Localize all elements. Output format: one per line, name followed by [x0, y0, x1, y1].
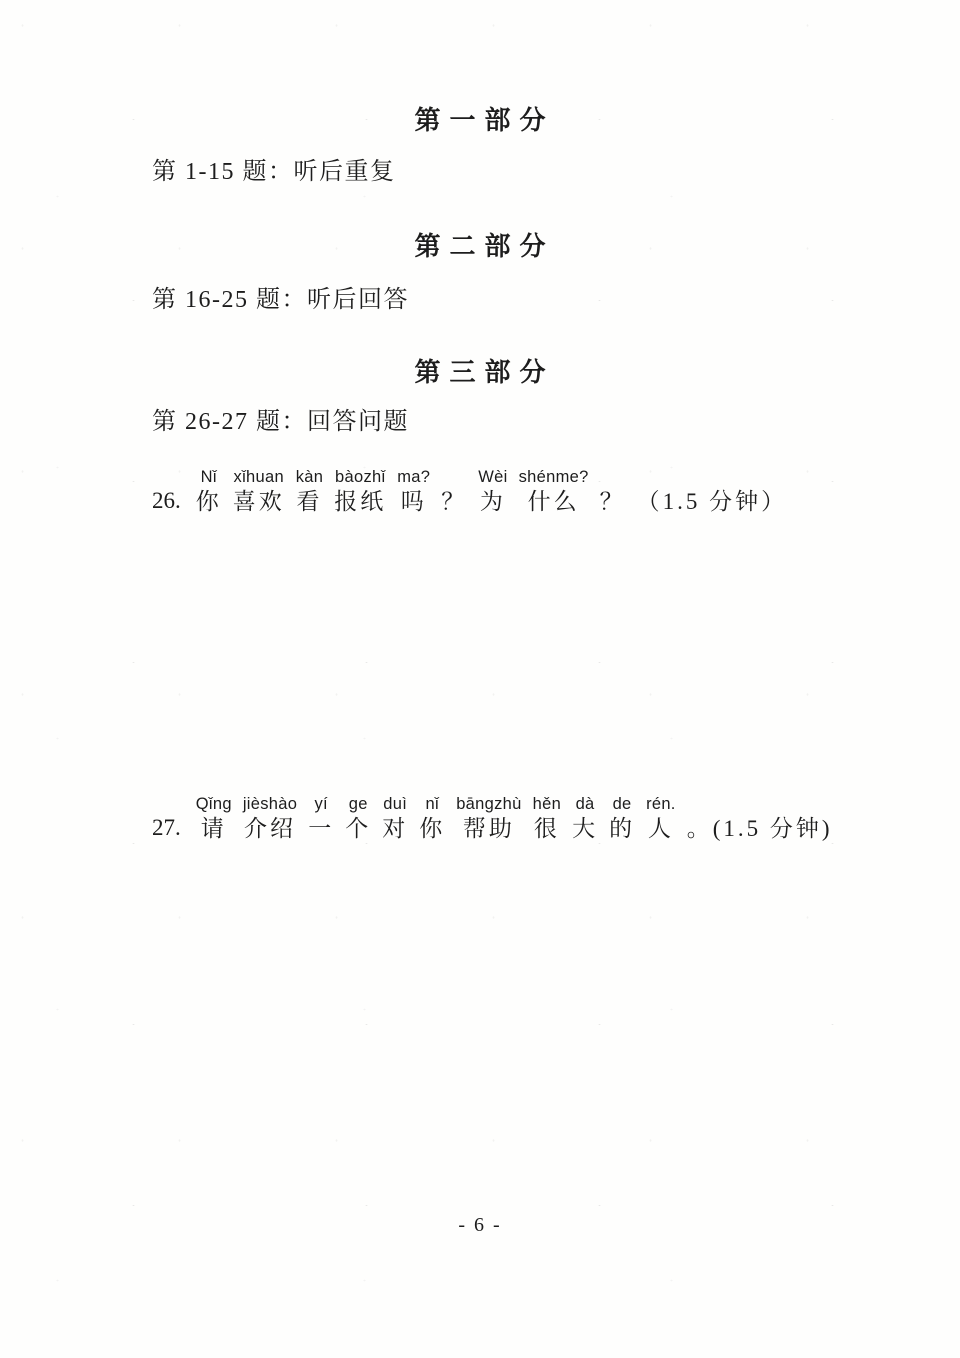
word-token: kàn看	[296, 467, 324, 516]
word-token: duì对	[382, 794, 408, 843]
question-26-number: 26.	[152, 488, 181, 516]
hanzi-text: 人	[648, 815, 674, 843]
word-token: Nǐ你	[196, 467, 222, 516]
hanzi-text: 帮助	[463, 815, 515, 843]
pinyin-text: ge	[349, 794, 368, 815]
hanzi-text: 报纸	[334, 488, 386, 516]
word-token: ge个	[345, 794, 371, 843]
word-token: 。(1.5 分钟)	[687, 794, 833, 843]
word-token: de的	[609, 794, 635, 843]
word-token: ？	[441, 467, 467, 516]
hanzi-text: 喜欢	[233, 488, 285, 516]
word-token: bāngzhù帮助	[456, 794, 521, 843]
word-token: dà大	[572, 794, 598, 843]
hanzi-text: 你	[419, 815, 445, 843]
word-token: ？	[600, 467, 626, 516]
page-number: - 6 -	[0, 1214, 960, 1237]
word-token: hěn很	[533, 794, 561, 843]
part-3-title: 第三部分	[0, 352, 960, 389]
hanzi-text: 对	[382, 815, 408, 843]
word-token: Qǐng请	[196, 794, 232, 843]
part-1-instruction: 第 1-15 题：听后重复	[152, 151, 396, 186]
hanzi-text: ？	[600, 488, 626, 516]
hanzi-text: 吗	[401, 488, 427, 516]
word-token: ma?吗	[397, 467, 430, 516]
pinyin-text: rén.	[646, 794, 676, 815]
word-token: yí一	[308, 794, 334, 843]
hanzi-text: 个	[345, 815, 371, 843]
hanzi-text: 很	[534, 815, 560, 843]
pinyin-text: bāngzhù	[456, 794, 521, 815]
hanzi-text: 为	[480, 488, 506, 516]
hanzi-text: 你	[196, 488, 222, 516]
word-token: bàozhǐ报纸	[334, 467, 386, 516]
question-26-text: Nǐ你xǐhuan喜欢kàn看bàozhǐ报纸ma?吗？Wèi为shénme?什…	[196, 467, 798, 516]
question-26: 26. Nǐ你xǐhuan喜欢kàn看bàozhǐ报纸ma?吗？Wèi为shén…	[152, 467, 798, 516]
word-token: （1.5 分钟）	[637, 467, 788, 516]
word-token: rén.人	[646, 794, 676, 843]
pinyin-text: Qǐng	[196, 794, 232, 815]
pinyin-text: yí	[314, 794, 327, 815]
hanzi-text: （1.5 分钟）	[637, 488, 788, 516]
question-27: 27. Qǐng请jièshào介绍yí一ge个duì对nǐ你bāngzhù帮助…	[152, 794, 844, 843]
pinyin-text: Wèi	[478, 467, 507, 488]
hanzi-text: 介绍	[244, 815, 296, 843]
hanzi-text: 。(1.5 分钟)	[687, 815, 833, 843]
hanzi-text: 什么	[528, 488, 580, 516]
word-token: xǐhuan喜欢	[233, 467, 285, 516]
question-27-text: Qǐng请jièshào介绍yí一ge个duì对nǐ你bāngzhù帮助hěn很…	[196, 794, 844, 843]
hanzi-text: 看	[297, 488, 323, 516]
pinyin-text: dà	[576, 794, 595, 815]
pinyin-text: nǐ	[425, 794, 438, 815]
pinyin-text: de	[613, 794, 632, 815]
word-token: shénme?什么	[519, 467, 589, 516]
pinyin-text: duì	[383, 794, 407, 815]
question-27-number: 27.	[152, 815, 181, 843]
pinyin-text: bàozhǐ	[335, 467, 385, 488]
pinyin-text: xǐhuan	[234, 467, 284, 488]
hanzi-text: ？	[441, 488, 467, 516]
word-token: Wèi为	[478, 467, 507, 516]
part-1-title: 第一部分	[0, 100, 960, 137]
pinyin-text: shénme?	[519, 467, 589, 488]
scanned-exam-page: 第一部分 第 1-15 题：听后重复 第二部分 第 16-25 题：听后回答 第…	[0, 0, 960, 1358]
hanzi-text: 的	[609, 815, 635, 843]
pinyin-text: hěn	[533, 794, 561, 815]
hanzi-text: 请	[201, 815, 227, 843]
part-3-instruction: 第 26-27 题：回答问题	[152, 401, 409, 436]
part-2-title: 第二部分	[0, 226, 960, 263]
word-token: jièshào介绍	[243, 794, 297, 843]
pinyin-text: ma?	[397, 467, 430, 488]
pinyin-text: Nǐ	[201, 467, 217, 488]
pinyin-text: kàn	[296, 467, 324, 488]
word-token: nǐ你	[419, 794, 445, 843]
part-2-instruction: 第 16-25 题：听后回答	[152, 279, 409, 314]
hanzi-text: 大	[572, 815, 598, 843]
hanzi-text: 一	[308, 815, 334, 843]
pinyin-text: jièshào	[243, 794, 297, 815]
